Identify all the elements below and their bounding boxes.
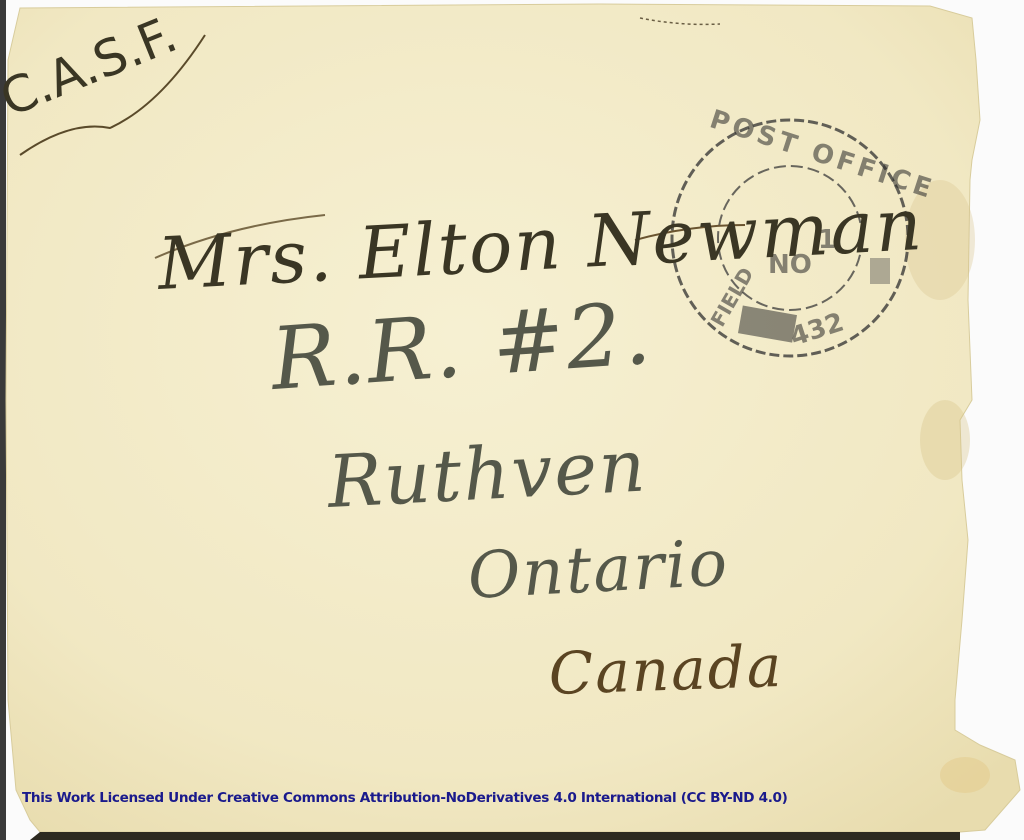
address-line-province: Ontario	[466, 526, 731, 614]
envelope-paper	[0, 0, 1024, 840]
envelope-photo: C.A.S.F. POST OFFICE 1 NO 432 FIELD Mrs.…	[0, 0, 1024, 840]
address-line-country: Canada	[548, 632, 785, 708]
address-line-town: Ruthven	[326, 423, 650, 524]
license-caption: This Work Licensed Under Creative Common…	[22, 790, 787, 806]
